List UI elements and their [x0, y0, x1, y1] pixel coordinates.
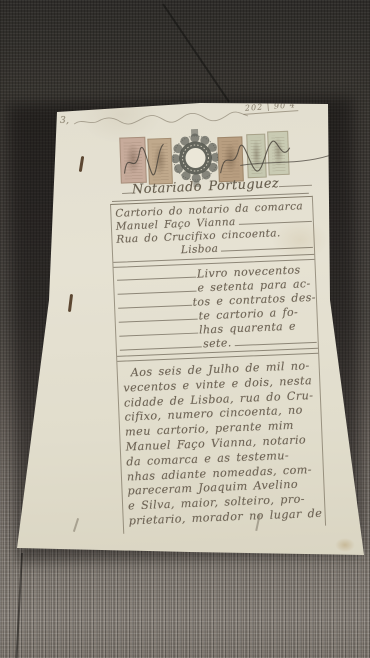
binding-stitch	[68, 294, 73, 312]
deed-box: Cartorio do notario da comarca Manuel Fa…	[110, 196, 326, 534]
livro-section: Livro novecentos e setenta para ac- tos …	[114, 261, 318, 355]
trailing-rule	[239, 221, 312, 225]
ruled-line	[120, 346, 202, 350]
heading-trail-rule	[279, 185, 312, 187]
trailing-rule	[221, 247, 313, 252]
cartorio-section: Cartorio do notario da comarca Manuel Fa…	[111, 197, 314, 261]
binding-stitch	[79, 156, 84, 172]
pencil-annotation-left: 3,	[60, 116, 69, 126]
photo-background: 3, 202 | 90 4	[0, 0, 370, 658]
fabric-seam-top	[162, 3, 230, 102]
trailing-rule	[235, 342, 317, 346]
fabric-seam-bottom	[15, 553, 23, 658]
pencil-stroke	[73, 518, 79, 532]
body-text: Aos seis de Julho de mil no- vecentos e …	[117, 355, 325, 534]
heading-lead-rule	[122, 193, 132, 194]
ruled-line	[118, 305, 192, 309]
